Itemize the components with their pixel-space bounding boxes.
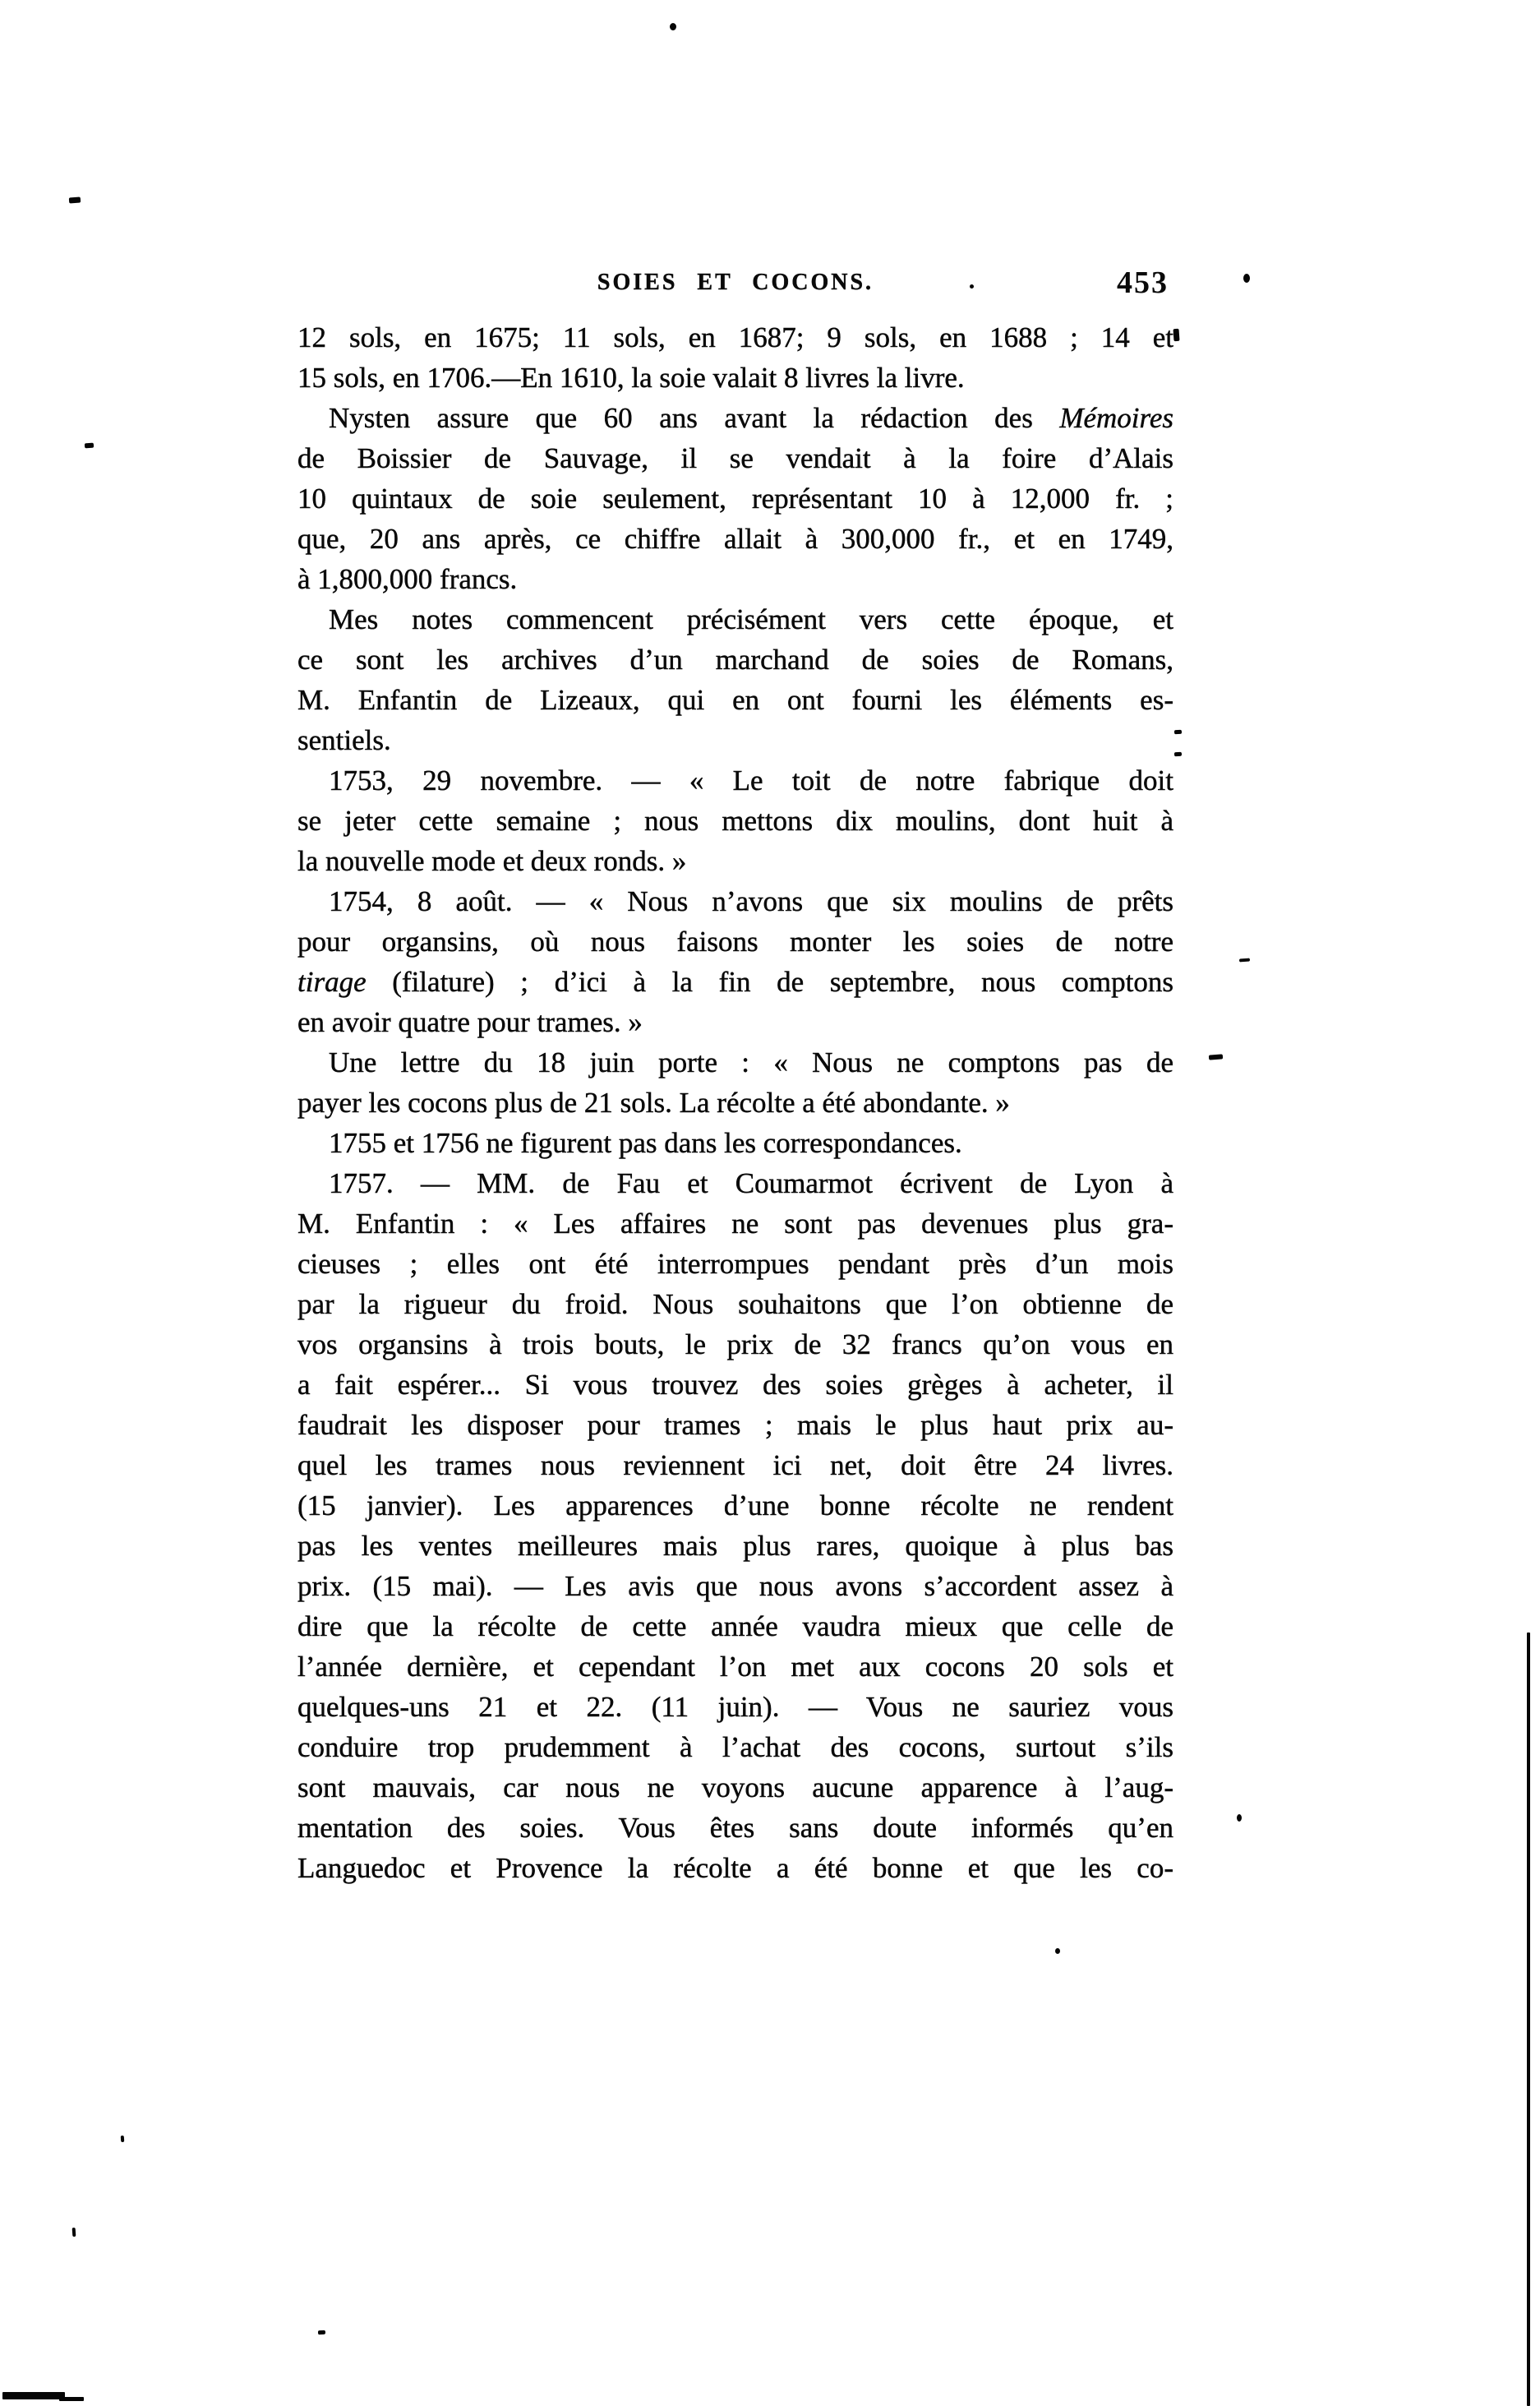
text-segment: (filature) ; d’ici à la fin de septembre… bbox=[367, 966, 1173, 998]
text-segment: quel les trames nous reviennent ici net,… bbox=[297, 1449, 1173, 1481]
text-segment: M. Enfantin de Lizeaux, qui en ont fourn… bbox=[297, 684, 1173, 716]
text-line: M. Enfantin de Lizeaux, qui en ont fourn… bbox=[297, 680, 1173, 720]
scan-speck bbox=[69, 197, 81, 204]
text-line: M. Enfantin : « Les affaires ne sont pas… bbox=[297, 1203, 1173, 1244]
text-segment: cieuses ; elles ont été interrompues pen… bbox=[297, 1248, 1173, 1280]
text-segment: 1754, 8 août. — « Nous n’avons que six m… bbox=[329, 885, 1173, 917]
scan-speck bbox=[318, 2330, 325, 2335]
text-line: 10 quintaux de soie seulement, représent… bbox=[297, 478, 1173, 519]
text-segment: à 1,800,000 francs. bbox=[297, 563, 517, 595]
scan-speck bbox=[970, 284, 974, 289]
text-segment: conduire trop prudemment à l’achat des c… bbox=[297, 1731, 1173, 1763]
text-line: sentiels. bbox=[297, 720, 1173, 760]
text-segment: sentiels. bbox=[297, 724, 391, 756]
scan-speck bbox=[670, 23, 676, 30]
text-line: à 1,800,000 francs. bbox=[297, 559, 1173, 599]
text-segment: pour organsins, où nous faisons monter l… bbox=[297, 926, 1173, 958]
text-segment: sont mauvais, car nous ne voyons aucune … bbox=[297, 1771, 1173, 1803]
book-page-scan: SOIES ET COCONS. 453 12 sols, en 1675; 1… bbox=[0, 0, 1540, 2406]
text-line: Une lettre du 18 juin porte : « Nous ne … bbox=[297, 1042, 1173, 1083]
scan-edge-mark bbox=[2, 2392, 65, 2399]
page-title: SOIES ET COCONS. bbox=[297, 270, 1173, 296]
text-line: que, 20 ans après, ce chiffre allait à 3… bbox=[297, 519, 1173, 559]
text-segment: 1755 et 1756 ne figurent pas dans les co… bbox=[329, 1127, 962, 1159]
text-line: a fait espérer... Si vous trouvez des so… bbox=[297, 1365, 1173, 1405]
text-line: mentation des soies. Vous êtes sans dout… bbox=[297, 1808, 1173, 1848]
scan-edge-mark bbox=[59, 2397, 84, 2401]
text-segment: dire que la récolte de cette année vaudr… bbox=[297, 1610, 1173, 1642]
text-line: tirage (filature) ; d’ici à la fin de se… bbox=[297, 962, 1173, 1002]
italic-text-segment: Mémoires bbox=[1059, 402, 1173, 434]
scan-speck bbox=[1174, 752, 1182, 757]
text-segment: (15 janvier). Les apparences d’une bonne… bbox=[297, 1489, 1173, 1522]
text-line: Nysten assure que 60 ans avant la rédact… bbox=[297, 398, 1173, 438]
text-line: Mes notes commencent précisément vers ce… bbox=[297, 599, 1173, 640]
italic-text-segment: tirage bbox=[297, 966, 367, 998]
text-segment: quelques-uns 21 et 22. (11 juin). — Vous… bbox=[297, 1691, 1173, 1723]
text-line: 12 sols, en 1675; 11 sols, en 1687; 9 so… bbox=[297, 317, 1173, 358]
text-line: de Boissier de Sauvage, il se vendait à … bbox=[297, 438, 1173, 478]
text-line: se jeter cette semaine ; nous mettons di… bbox=[297, 801, 1173, 841]
scan-speck bbox=[85, 443, 94, 449]
text-line: vos organsins à trois bouts, le prix de … bbox=[297, 1324, 1173, 1365]
text-segment: vos organsins à trois bouts, le prix de … bbox=[297, 1328, 1173, 1360]
text-segment: Nysten assure que 60 ans avant la rédact… bbox=[329, 402, 1059, 434]
text-line: prix. (15 mai). — Les avis que nous avon… bbox=[297, 1566, 1173, 1606]
text-segment: 1753, 29 novembre. — « Le toit de notre … bbox=[329, 764, 1173, 797]
text-line: Languedoc et Provence la récolte a été b… bbox=[297, 1848, 1173, 1888]
text-block: 12 sols, en 1675; 11 sols, en 1687; 9 so… bbox=[297, 317, 1173, 1888]
text-segment: Mes notes commencent précisément vers ce… bbox=[329, 603, 1173, 635]
text-line: par la rigueur du froid. Nous souhaitons… bbox=[297, 1284, 1173, 1324]
text-segment: mentation des soies. Vous êtes sans dout… bbox=[297, 1812, 1173, 1844]
text-line: 1753, 29 novembre. — « Le toit de notre … bbox=[297, 760, 1173, 801]
scan-speck bbox=[1055, 1948, 1060, 1954]
scan-speck bbox=[1239, 958, 1250, 963]
text-line: (15 janvier). Les apparences d’une bonne… bbox=[297, 1485, 1173, 1526]
text-segment: l’année dernière, et cependant l’on met … bbox=[297, 1651, 1173, 1683]
text-segment: M. Enfantin : « Les affaires ne sont pas… bbox=[297, 1208, 1173, 1240]
text-segment: a fait espérer... Si vous trouvez des so… bbox=[297, 1369, 1173, 1401]
text-line: payer les cocons plus de 21 sols. La réc… bbox=[297, 1083, 1173, 1123]
text-segment: en avoir quatre pour trames. » bbox=[297, 1006, 643, 1038]
text-line: faudrait les disposer pour trames ; mais… bbox=[297, 1405, 1173, 1445]
text-line: pour organsins, où nous faisons monter l… bbox=[297, 921, 1173, 962]
text-line: dire que la récolte de cette année vaudr… bbox=[297, 1606, 1173, 1646]
text-segment: payer les cocons plus de 21 sols. La réc… bbox=[297, 1087, 1010, 1119]
text-line: ce sont les archives d’un marchand de so… bbox=[297, 640, 1173, 680]
text-line: l’année dernière, et cependant l’on met … bbox=[297, 1646, 1173, 1687]
running-head: SOIES ET COCONS. 453 bbox=[297, 265, 1173, 302]
text-segment: la nouvelle mode et deux ronds. » bbox=[297, 845, 686, 877]
text-segment: ce sont les archives d’un marchand de so… bbox=[297, 644, 1173, 676]
text-line: sont mauvais, car nous ne voyons aucune … bbox=[297, 1767, 1173, 1808]
text-segment: 10 quintaux de soie seulement, représent… bbox=[297, 483, 1173, 515]
text-line: pas les ventes meilleures mais plus rare… bbox=[297, 1526, 1173, 1566]
text-line: cieuses ; elles ont été interrompues pen… bbox=[297, 1244, 1173, 1284]
scan-speck bbox=[1237, 1814, 1242, 1822]
text-segment: prix. (15 mai). — Les avis que nous avon… bbox=[297, 1570, 1173, 1602]
scan-edge-line bbox=[1527, 1632, 1530, 2406]
scan-speck bbox=[1209, 1054, 1223, 1060]
text-line: 1757. — MM. de Fau et Coumarmot écrivent… bbox=[297, 1163, 1173, 1203]
text-line: quelques-uns 21 et 22. (11 juin). — Vous… bbox=[297, 1687, 1173, 1727]
text-line: 1755 et 1756 ne figurent pas dans les co… bbox=[297, 1123, 1173, 1163]
text-line: quel les trames nous reviennent ici net,… bbox=[297, 1445, 1173, 1485]
text-line: 1754, 8 août. — « Nous n’avons que six m… bbox=[297, 881, 1173, 921]
text-segment: se jeter cette semaine ; nous mettons di… bbox=[297, 805, 1173, 837]
page-number: 453 bbox=[1117, 265, 1169, 301]
scan-speck bbox=[1174, 730, 1182, 735]
scan-speck bbox=[1173, 329, 1179, 341]
text-line: la nouvelle mode et deux ronds. » bbox=[297, 841, 1173, 881]
text-segment: de Boissier de Sauvage, il se vendait à … bbox=[297, 442, 1173, 474]
text-segment: par la rigueur du froid. Nous souhaitons… bbox=[297, 1288, 1173, 1320]
text-line: conduire trop prudemment à l’achat des c… bbox=[297, 1727, 1173, 1767]
text-line: en avoir quatre pour trames. » bbox=[297, 1002, 1173, 1042]
text-segment: Languedoc et Provence la récolte a été b… bbox=[297, 1852, 1173, 1884]
scan-speck bbox=[1243, 274, 1250, 283]
text-segment: 15 sols, en 1706.—En 1610, la soie valai… bbox=[297, 362, 965, 394]
text-segment: 12 sols, en 1675; 11 sols, en 1687; 9 so… bbox=[297, 321, 1173, 353]
scan-speck bbox=[72, 2228, 76, 2237]
text-line: 15 sols, en 1706.—En 1610, la soie valai… bbox=[297, 358, 1173, 398]
text-segment: Une lettre du 18 juin porte : « Nous ne … bbox=[329, 1046, 1173, 1078]
text-segment: faudrait les disposer pour trames ; mais… bbox=[297, 1409, 1173, 1441]
text-segment: que, 20 ans après, ce chiffre allait à 3… bbox=[297, 523, 1173, 555]
text-segment: 1757. — MM. de Fau et Coumarmot écrivent… bbox=[329, 1167, 1173, 1199]
text-segment: pas les ventes meilleures mais plus rare… bbox=[297, 1530, 1173, 1562]
scan-speck bbox=[121, 2136, 125, 2142]
